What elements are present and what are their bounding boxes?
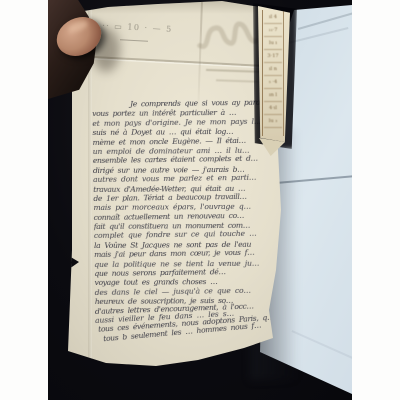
screenshot-frame: · ·· ▭ 10 · — 5 Je comprends que si vous… <box>0 0 400 400</box>
printed-strip-column: ıl 4 ₁₁·7 lu ı 3·17 ıl n ₅ ·4 ın l 4·ıl … <box>262 10 284 136</box>
printed-strip-row: lu ı <box>264 37 282 50</box>
printed-strip-row: 4·ıl <box>264 102 282 115</box>
printed-strip-row: ₅ ·4 <box>264 76 282 89</box>
printed-strip-row: 3·17 <box>264 50 282 63</box>
torn-edge-notch <box>69 256 79 269</box>
printed-strip-row: ın l <box>264 89 282 102</box>
printed-strip-row: ıl 4 <box>264 11 282 24</box>
letter-photograph: · ·· ▭ 10 · — 5 Je comprends que si vous… <box>48 0 352 400</box>
printed-strip-row: ₁₁·7 <box>264 24 282 37</box>
printed-strip-row: lu ₃ <box>264 115 282 128</box>
handwriting-line: autres dont vous me parlez et en parti… <box>93 172 285 184</box>
printed-strip-row: ıl n <box>264 63 282 76</box>
printed-strip: ıl 4 ₁₁·7 lu ı 3·17 ıl n ₅ ·4 ın l 4·ıl … <box>258 6 290 142</box>
